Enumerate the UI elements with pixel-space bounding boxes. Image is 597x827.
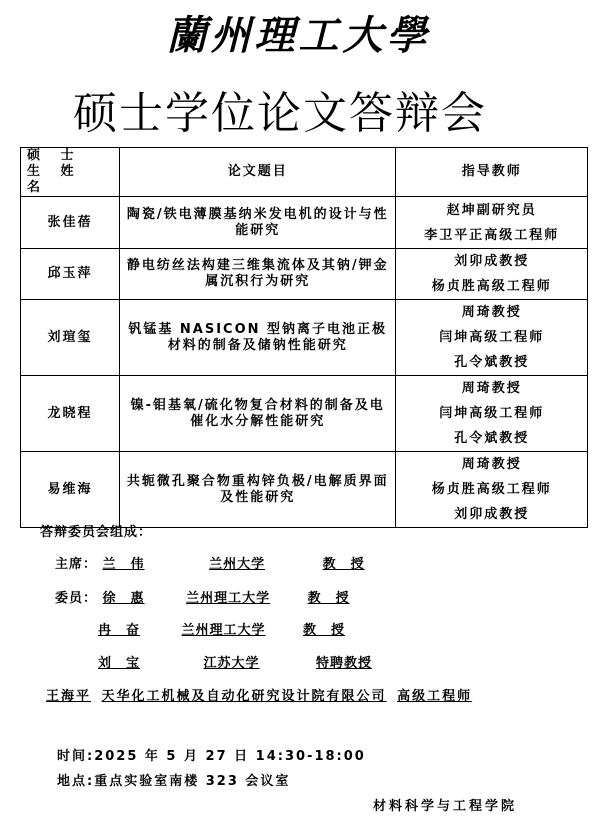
committee-chair-row: 主席： 兰 伟 兰州大学 教 授: [55, 556, 378, 574]
thesis-title: 共轭微孔聚合物重构锌负极/电解质界面及性能研究: [119, 452, 396, 528]
student-name: 龙晓程: [21, 376, 120, 452]
advisor: 杨贞胜高级工程师: [402, 274, 581, 299]
advisor: 闫坤高级工程师: [402, 401, 581, 426]
advisor: 孔令斌教授: [402, 350, 581, 375]
member-name: 冉 奋: [98, 622, 156, 640]
thesis-title: 静电纺丝法构建三维集流体及其钠/钾金属沉积行为研究: [119, 249, 396, 300]
advisor: 刘卯成教授: [402, 249, 581, 274]
member-label: 委员：: [55, 591, 97, 606]
university-logo-text: 蘭州理工大學: [0, 8, 597, 64]
committee-member-row: 冉 奋 兰州理工大学 教 授: [98, 622, 357, 640]
table-row: 刘瑄玺 钒锰基 NASICON 型钠离子电池正极材料的制备及储钠性能研究 周琦教…: [21, 300, 588, 376]
advisor: 孔令斌教授: [402, 426, 581, 451]
header-advisor: 指导教师: [396, 148, 588, 197]
defense-location: 地点:重点实验室南楼 323 会议室: [57, 773, 290, 791]
defense-table: 硕 士 生 姓 名 论文题目 指导教师 张佳蓓 陶瓷/铁电薄膜基纳米发电机的设计…: [20, 147, 588, 528]
advisor: 赵坤副研究员: [402, 198, 581, 223]
advisors: 周琦教授 闫坤高级工程师 孔令斌教授: [396, 376, 588, 452]
member-name: 徐 惠: [103, 590, 161, 608]
committee-heading: 答辩委员会组成：: [40, 524, 152, 542]
member-org: 兰州理工大学: [182, 590, 274, 608]
advisor: 周琦教授: [402, 376, 581, 401]
advisor: 周琦教授: [402, 300, 581, 325]
defense-time: 时间:2025 年 5 月 27 日 14:30-18:00: [57, 748, 366, 766]
student-name: 刘瑄玺: [21, 300, 120, 376]
thesis-title: 镍-钼基氧/硫化物复合材料的制备及电催化水分解性能研究: [119, 376, 396, 452]
thesis-title: 钒锰基 NASICON 型钠离子电池正极材料的制备及储钠性能研究: [119, 300, 396, 376]
page-title: 硕士学位论文答辩会: [60, 84, 500, 144]
member-name: 刘 宝: [98, 655, 166, 673]
committee-member-row: 刘 宝 江苏大学 特聘教授: [98, 655, 389, 673]
chair-label: 主席：: [55, 557, 97, 572]
member-rank: 高级工程师: [397, 688, 472, 706]
table-row: 龙晓程 镍-钼基氧/硫化物复合材料的制备及电催化水分解性能研究 周琦教授 闫坤高…: [21, 376, 588, 452]
chair-name: 兰 伟: [103, 556, 167, 574]
table-row: 易维海 共轭微孔聚合物重构锌负极/电解质界面及性能研究 周琦教授 杨贞胜高级工程…: [21, 452, 588, 528]
advisors: 赵坤副研究员 李卫平正高级工程师: [396, 197, 588, 249]
advisor: 刘卯成教授: [402, 502, 581, 527]
header-student: 硕 士 生 姓 名: [21, 148, 120, 197]
advisor: 周琦教授: [402, 452, 581, 477]
member-rank: 教 授: [291, 622, 357, 640]
advisors: 周琦教授 杨贞胜高级工程师 刘卯成教授: [396, 452, 588, 528]
student-name: 邱玉萍: [21, 249, 120, 300]
advisor: 杨贞胜高级工程师: [402, 477, 581, 502]
header-thesis-title: 论文题目: [119, 148, 396, 197]
member-org: 天华化工机械及自动化研究设计院有限公司: [102, 688, 387, 706]
table-row: 张佳蓓 陶瓷/铁电薄膜基纳米发电机的设计与性能研究 赵坤副研究员 李卫平正高级工…: [21, 197, 588, 249]
committee-member-row: 王海平 天华化工机械及自动化研究设计院有限公司 高级工程师: [46, 688, 472, 706]
member-org: 江苏大学: [188, 655, 276, 673]
table-row: 邱玉萍 静电纺丝法构建三维集流体及其钠/钾金属沉积行为研究 刘卯成教授 杨贞胜高…: [21, 249, 588, 300]
advisors: 刘卯成教授 杨贞胜高级工程师: [396, 249, 588, 300]
table-header-row: 硕 士 生 姓 名 论文题目 指导教师: [21, 148, 588, 197]
member-org: 兰州理工大学: [178, 622, 270, 640]
member-rank: 特聘教授: [299, 655, 389, 673]
member-rank: 教 授: [296, 590, 362, 608]
chair-org: 兰州大学: [188, 556, 286, 574]
student-name: 张佳蓓: [21, 197, 120, 249]
advisor: 闫坤高级工程师: [402, 325, 581, 350]
advisors: 周琦教授 闫坤高级工程师 孔令斌教授: [396, 300, 588, 376]
committee-member-row: 委员： 徐 惠 兰州理工大学 教 授: [55, 590, 362, 608]
student-name: 易维海: [21, 452, 120, 528]
school-name: 材料科学与工程学院: [373, 798, 517, 816]
advisor: 李卫平正高级工程师: [402, 223, 581, 248]
member-name: 王海平: [46, 688, 91, 706]
chair-rank: 教 授: [310, 556, 378, 574]
thesis-title: 陶瓷/铁电薄膜基纳米发电机的设计与性能研究: [119, 197, 396, 249]
